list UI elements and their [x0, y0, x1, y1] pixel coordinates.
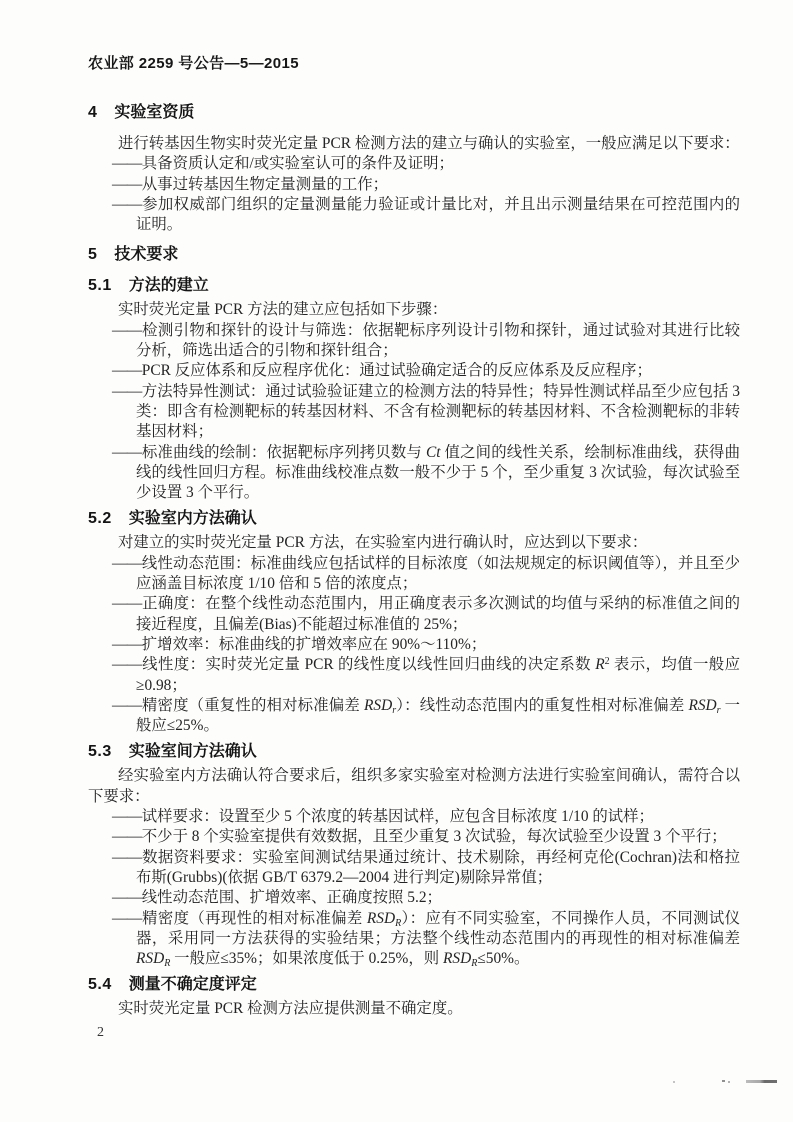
- list-item: ——方法特异性测试：通过试验验证建立的检测方法的特异性；特异性测试样品至少应包括…: [112, 382, 740, 443]
- list-item: ——具备资质认定和/或实验室认可的条件及证明；: [112, 154, 740, 174]
- text-run: 参加权威部门组织的定量测量能力验证或计量比对，并且出示测量结果在可控范围内的证明…: [136, 196, 740, 233]
- list-item: ——标准曲线的绘制：依据靶标序列拷贝数与 Ct 值之间的线性关系，绘制标准曲线，…: [112, 443, 740, 504]
- text-run: 线性度：实时荧光定量 PCR 的线性度以线性回归曲线的决定系数: [142, 656, 595, 673]
- text-run: 一般应≤35%；如果浓度低于 0.25%，则: [170, 950, 443, 967]
- clause-number: 5.1: [88, 276, 112, 295]
- text-run: 对建立的实时荧光定量 PCR 方法，在实验室内进行确认时，应达到以下要求：: [118, 534, 647, 551]
- text-run: RSD: [364, 697, 392, 714]
- list-item: ——从事过转基因生物定量测量的工作；: [112, 175, 740, 195]
- scan-artifact-dash: [746, 1080, 777, 1083]
- clause-heading-5.2: 5.2实验室内方法确认: [88, 509, 740, 528]
- document-body: 4实验室资质进行转基因生物实时荧光定量 PCR 检测方法的建立与确认的实验室，一…: [88, 103, 740, 1020]
- item-dash: ——: [112, 444, 142, 461]
- text-run: PCR 反应体系和反应程序优化：通过试验确定适合的反应体系及反应程序；: [142, 362, 652, 379]
- clause-title: 技术要求: [114, 246, 178, 263]
- paragraph: 经实验室内方法确认符合要求后，组织多家实验室对检测方法进行实验室间确认，需符合以…: [88, 766, 740, 807]
- list-item: ——正确度：在整个线性动态范围内，用正确度表示多次测试的均值与采纳的标准值之间的…: [112, 594, 740, 635]
- text-run: ）：线性动态范围内的重复性相对标准偏差: [396, 697, 688, 714]
- clause-heading-5.4: 5.4测量不确定度评定: [88, 975, 740, 994]
- list-item: ——精密度（重复性的相对标准偏差 RSDr）：线性动态范围内的重复性相对标准偏差…: [112, 696, 740, 737]
- list-item: ——精密度（再现性的相对标准偏差 RSDR）：应有不同实验室，不同操作人员，不同…: [112, 909, 740, 970]
- clause-title: 实验室内方法确认: [129, 510, 257, 527]
- clause-title: 实验室间方法确认: [129, 743, 257, 760]
- text-run: 经实验室内方法确认符合要求后，组织多家实验室对检测方法进行实验室间确认，需符合以…: [88, 767, 740, 804]
- paragraph: 实时荧光定量 PCR 方法的建立应包括如下步骤：: [88, 300, 740, 320]
- paragraph: 进行转基因生物实时荧光定量 PCR 检测方法的建立与确认的实验室，一般应满足以下…: [88, 134, 740, 154]
- item-dash: ——: [112, 595, 142, 612]
- scan-artifact-speck: [673, 1081, 675, 1083]
- clause-number: 5.2: [88, 509, 112, 528]
- clause-heading-5: 5技术要求: [88, 245, 740, 264]
- item-dash: ——: [112, 196, 142, 213]
- list-item: ——PCR 反应体系和反应程序优化：通过试验确定适合的反应体系及反应程序；: [112, 361, 740, 381]
- list-item: ——不少于 8 个实验室提供有效数据，且至少重复 3 次试验，每次试验至少设置 …: [112, 827, 740, 847]
- text-run: 方法特异性测试：通过试验验证建立的检测方法的特异性；特异性测试样品至少应包括 3…: [136, 383, 740, 441]
- clause-number: 5.3: [88, 742, 112, 761]
- text-run: 标准曲线的绘制：依据靶标序列拷贝数与: [142, 444, 426, 461]
- text-run: 进行转基因生物实时荧光定量 PCR 检测方法的建立与确认的实验室，一般应满足以下…: [118, 135, 740, 152]
- scan-artifact-speck: [722, 1080, 725, 1082]
- item-dash: ——: [112, 322, 142, 339]
- text-run: 精密度（再现性的相对标准偏差: [142, 910, 367, 927]
- text-run: 数据资料要求：实验室间测试结果通过统计、技术剔除，再经柯克伦(Cochran)法…: [136, 849, 740, 886]
- item-dash: ——: [112, 828, 142, 845]
- text-run: 扩增效率：标准曲线的扩增效率应在 90%～110%；: [142, 636, 486, 653]
- text-run: RSD: [367, 910, 395, 927]
- item-dash: ——: [112, 697, 142, 714]
- text-run: Ct: [426, 444, 441, 461]
- text-run: RSD: [688, 697, 716, 714]
- list-item: ——检测引物和探针的设计与筛选：依据靶标序列设计引物和探针，通过试验对其进行比较…: [112, 321, 740, 362]
- list-item: ——线性动态范围、扩增效率、正确度按照 5.2；: [112, 888, 740, 908]
- paragraph: 对建立的实时荧光定量 PCR 方法，在实验室内进行确认时，应达到以下要求：: [88, 533, 740, 553]
- text-run: RSD: [443, 950, 471, 967]
- clause-number: 5: [88, 245, 97, 264]
- item-dash: ——: [112, 849, 142, 866]
- document-header: 农业部 2259 号公告—5—2015: [88, 52, 740, 73]
- text-run: 线性动态范围：标准曲线应包括试样的目标浓度（如法规规定的标识阈值等），并且至少应…: [136, 555, 740, 592]
- text-run: 实时荧光定量 PCR 检测方法应提供测量不确定度。: [118, 1000, 463, 1017]
- item-dash: ——: [112, 889, 142, 906]
- paragraph: 实时荧光定量 PCR 检测方法应提供测量不确定度。: [88, 999, 740, 1019]
- clause-heading-5.3: 5.3实验室间方法确认: [88, 742, 740, 761]
- text-run: 从事过转基因生物定量测量的工作；: [142, 176, 388, 193]
- document-page: 农业部 2259 号公告—5—2015 4实验室资质进行转基因生物实时荧光定量 …: [0, 0, 793, 1122]
- clause-title: 实验室资质: [114, 104, 194, 121]
- clause-number: 5.4: [88, 975, 112, 994]
- text-run: 试样要求：设置至少 5 个浓度的转基因试样，应包含目标浓度 1/10 的试样；: [142, 808, 654, 825]
- text-run: 实时荧光定量 PCR 方法的建立应包括如下步骤：: [118, 301, 447, 318]
- text-run: 精密度（重复性的相对标准偏差: [142, 697, 364, 714]
- text-run: 不少于 8 个实验室提供有效数据，且至少重复 3 次试验，每次试验至少设置 3 …: [142, 828, 727, 845]
- list-item: ——数据资料要求：实验室间测试结果通过统计、技术剔除，再经柯克伦(Cochran…: [112, 848, 740, 889]
- page-number: 2: [97, 1025, 740, 1041]
- clause-title: 方法的建立: [129, 277, 209, 294]
- text-run: 检测引物和探针的设计与筛选：依据靶标序列设计引物和探针，通过试验对其进行比较分析…: [136, 322, 740, 359]
- text-run: 具备资质认定和/或实验室认可的条件及证明；: [142, 155, 454, 172]
- item-dash: ——: [112, 555, 142, 572]
- list-item: ——线性度：实时荧光定量 PCR 的线性度以线性回归曲线的决定系数 R2 表示，…: [112, 655, 740, 696]
- list-item: ——扩增效率：标准曲线的扩增效率应在 90%～110%；: [112, 635, 740, 655]
- item-dash: ——: [112, 808, 142, 825]
- item-dash: ——: [112, 656, 142, 673]
- list-item: ——参加权威部门组织的定量测量能力验证或计量比对，并且出示测量结果在可控范围内的…: [112, 195, 740, 236]
- list-item: ——线性动态范围：标准曲线应包括试样的目标浓度（如法规规定的标识阈值等），并且至…: [112, 554, 740, 595]
- text-run: R: [595, 656, 604, 673]
- item-dash: ——: [112, 362, 142, 379]
- item-dash: ——: [112, 383, 142, 400]
- text-run: RSD: [136, 950, 164, 967]
- text-run: 正确度：在整个线性动态范围内，用正确度表示多次测试的均值与采纳的标准值之间的接近…: [136, 595, 740, 632]
- clause-title: 测量不确定度评定: [129, 976, 257, 993]
- text-run: ≤50%。: [477, 950, 529, 967]
- text-run: 线性动态范围、扩增效率、正确度按照 5.2；: [142, 889, 442, 906]
- scan-artifact-speck: [728, 1081, 730, 1083]
- clause-heading-5.1: 5.1方法的建立: [88, 276, 740, 295]
- item-dash: ——: [112, 636, 142, 653]
- clause-heading-4: 4实验室资质: [88, 103, 740, 122]
- list-item: ——试样要求：设置至少 5 个浓度的转基因试样，应包含目标浓度 1/10 的试样…: [112, 807, 740, 827]
- item-dash: ——: [112, 910, 142, 927]
- item-dash: ——: [112, 176, 142, 193]
- clause-number: 4: [88, 103, 97, 122]
- item-dash: ——: [112, 155, 142, 172]
